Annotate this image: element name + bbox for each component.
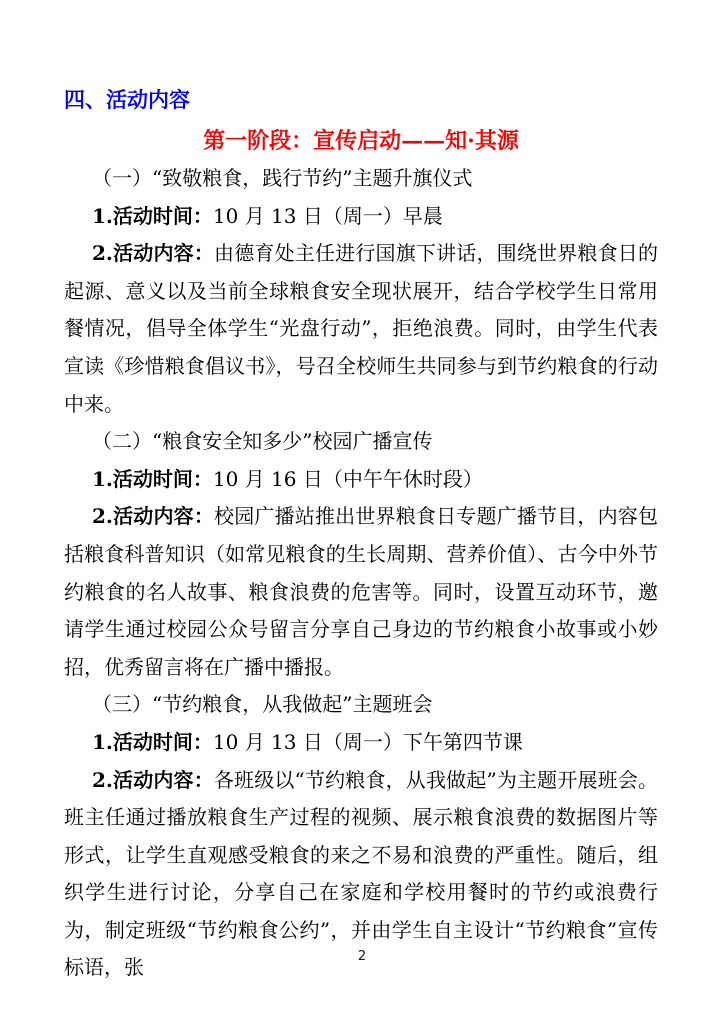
subheading-activity-1: （一）“致敬粮食，践行节约”主题升旗仪式	[64, 160, 658, 198]
document-body: （一）“致敬粮食，践行节约”主题升旗仪式 1.活动时间：10 月 13 日（周一…	[64, 160, 658, 987]
activity-content-label: 2.活动内容：	[92, 504, 214, 528]
subheading-text: （一）“致敬粮食，践行节约”主题升旗仪式	[92, 166, 472, 190]
activity-content-text: 由德育处主任进行国旗下讲话，围绕世界粮食日的起源、意义以及当前全球粮食安全现状展…	[64, 241, 658, 415]
document-page: 四、活动内容 第一阶段：宣传启动——知·其源 （一）“致敬粮食，践行节约”主题升…	[0, 0, 724, 1024]
subheading-activity-3: （三）“节约粮食，从我做起”主题班会	[64, 686, 658, 724]
subheading-text: （三）“节约粮食，从我做起”主题班会	[92, 692, 432, 716]
activity-1-time: 1.活动时间：10 月 13 日（周一）早晨	[64, 198, 658, 236]
activity-content-label: 2.活动内容：	[92, 241, 214, 265]
activity-content-text: 校园广播站推出世界粮食日专题广播节目，内容包括粮食科普知识（如常见粮食的生长周期…	[64, 504, 658, 678]
page-number: 2	[0, 950, 724, 964]
subheading-text: （二）“粮食安全知多少”校园广播宣传	[92, 429, 432, 453]
activity-2-content: 2.活动内容：校园广播站推出世界粮食日专题广播节目，内容包括粮食科普知识（如常见…	[64, 498, 658, 686]
activity-time-value: 10 月 13 日（周一）下午第四节课	[213, 730, 523, 754]
activity-time-value: 10 月 13 日（周一）早晨	[213, 204, 443, 228]
activity-content-label: 2.活动内容：	[92, 768, 214, 792]
subheading-activity-2: （二）“粮食安全知多少”校园广播宣传	[64, 423, 658, 461]
activity-time-label: 1.活动时间：	[92, 730, 213, 754]
activity-content-text: 各班级以“节约粮食，从我做起”为主题开展班会。班主任通过播放粮食生产过程的视频、…	[64, 768, 658, 980]
section-heading: 四、活动内容	[64, 84, 658, 116]
stage-heading: 第一阶段：宣传启动——知·其源	[64, 126, 658, 156]
activity-time-value: 10 月 16 日（中午午休时段）	[213, 467, 483, 491]
activity-1-content: 2.活动内容：由德育处主任进行国旗下讲话，围绕世界粮食日的起源、意义以及当前全球…	[64, 235, 658, 423]
activity-2-time: 1.活动时间：10 月 16 日（中午午休时段）	[64, 461, 658, 499]
activity-time-label: 1.活动时间：	[92, 204, 213, 228]
activity-time-label: 1.活动时间：	[92, 467, 213, 491]
activity-3-time: 1.活动时间：10 月 13 日（周一）下午第四节课	[64, 724, 658, 762]
